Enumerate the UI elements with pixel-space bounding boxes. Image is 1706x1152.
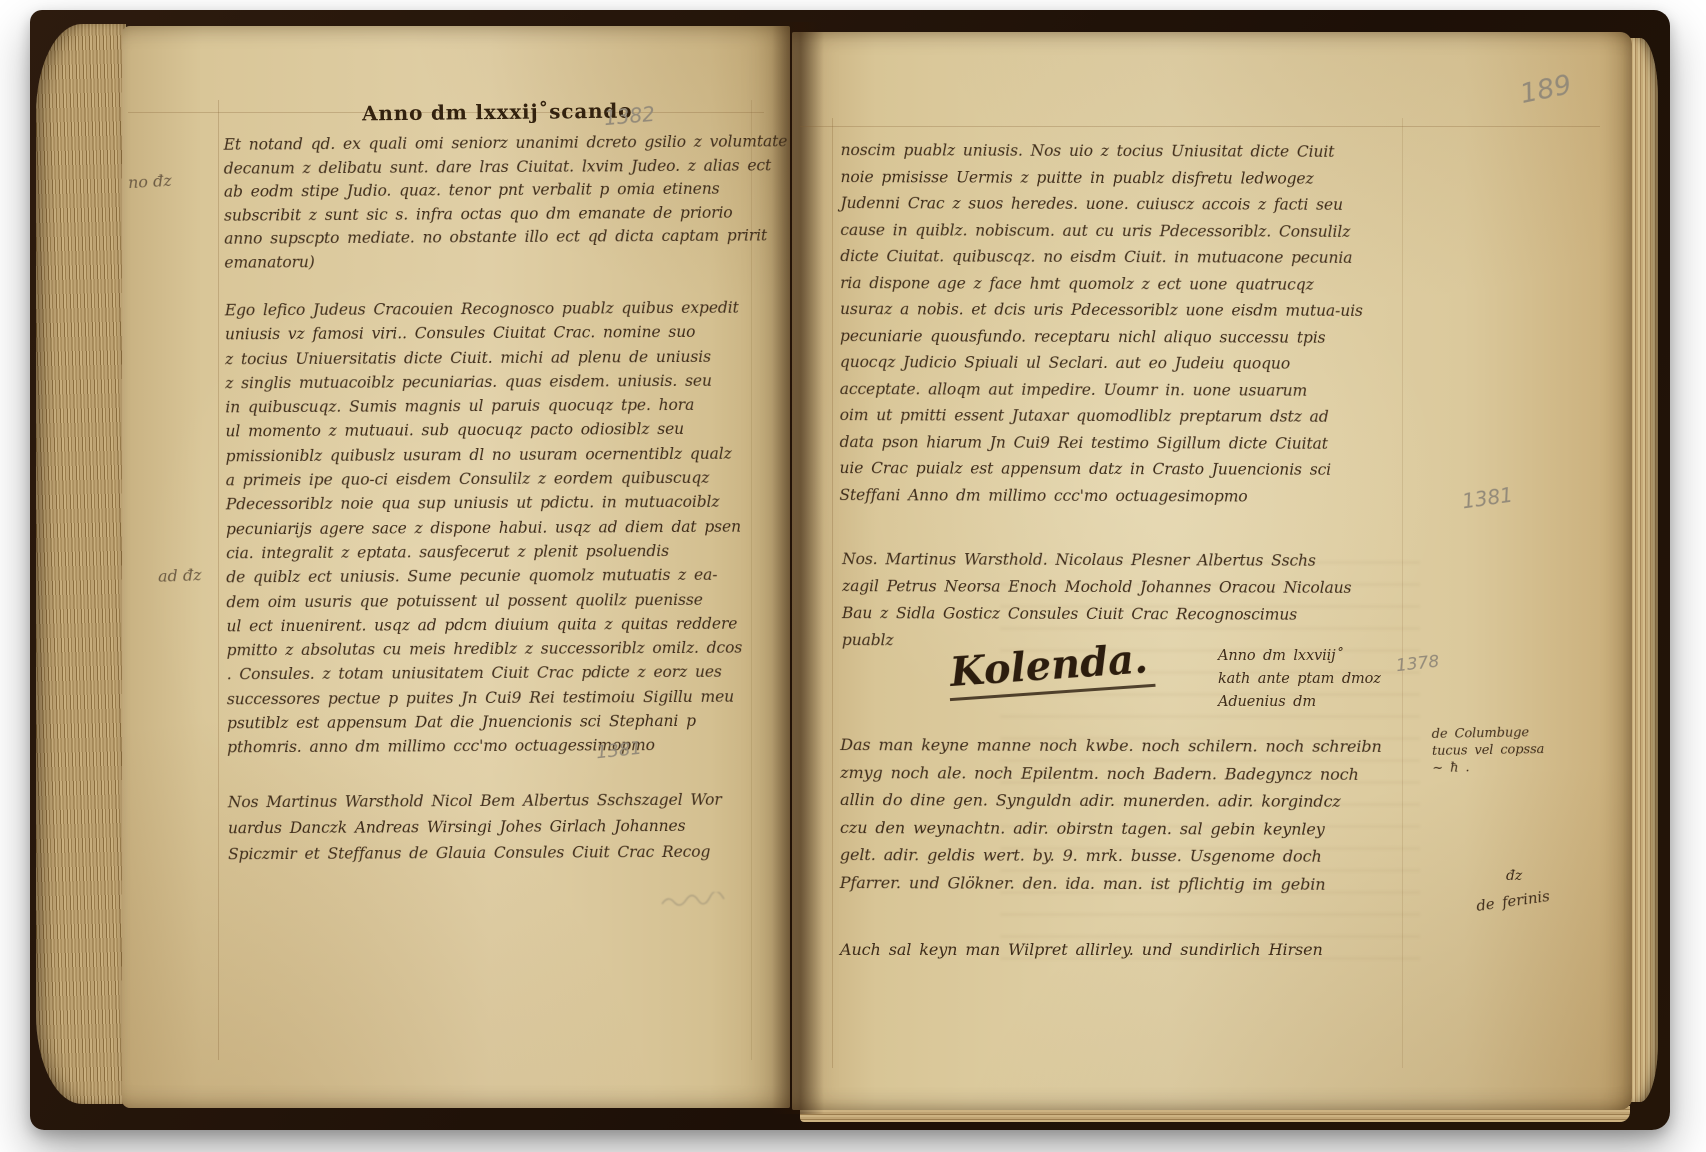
right-page-fore-edge xyxy=(1628,38,1658,1102)
manuscript-line: data pson hiarum Jn Cui9 Rei testimo Sig… xyxy=(840,433,1363,461)
manuscript-line: Aduenius dm xyxy=(1218,694,1381,717)
manuscript-line: z singlis mutuacoiblz pecuniarias. quas … xyxy=(225,372,741,399)
manuscript-line: pmitto z absolutas cu meis hrediblz z su… xyxy=(227,639,743,666)
manuscript-line: ab eodm stipe Judio. quaz. tenor pnt ver… xyxy=(224,179,788,206)
manuscript-line: cia. integralit z eptata. sausfecerut z … xyxy=(226,542,742,569)
manuscript-line: uardus Danczk Andreas Wirsingi Johes Gir… xyxy=(228,817,722,846)
manuscript-line: zagil Petrus Neorsa Enoch Mochold Johann… xyxy=(842,577,1351,606)
manuscript-line: Auch sal keyn man Wilpret allirley. und … xyxy=(840,940,1323,967)
manuscript-line: de quiblz ect uniusis. Sume pecunie quom… xyxy=(226,566,742,593)
manuscript-line: zmyg noch ale. noch Epilentm. noch Bader… xyxy=(840,763,1382,792)
manuscript-line: Anno dm lxxviij˚ xyxy=(1218,648,1381,671)
right-margin-note-mark: đz xyxy=(1506,868,1522,884)
manuscript-line: pecuniarie quousfundo. receptaru nichl a… xyxy=(840,327,1363,355)
manuscript-line: ria dispone age z face hmt quomolz z ect… xyxy=(840,274,1363,302)
manuscript-line: Pdecessoriblz noie qua sup uniusis ut pd… xyxy=(226,493,742,520)
manuscript-line: pthomris. anno dm millimo ccc'mo octuage… xyxy=(227,736,743,763)
left-page-heading: Anno dm lxxxij˚scando xyxy=(362,99,633,126)
manuscript-line: Das man keyne manne noch kwbe. noch schi… xyxy=(840,735,1382,764)
manuscript-photo: Anno dm lxxxij˚scando 1382 no đz ad đz E… xyxy=(0,0,1706,1152)
manuscript-line: subscribit z sunt sic s. infra octas quo… xyxy=(224,203,788,230)
manuscript-line: czu den weynachtn. adir. obirstn tagen. … xyxy=(840,818,1382,847)
manuscript-line: acceptate. alloqm aut impedire. Uoumr in… xyxy=(840,380,1363,408)
left-margin-note: no đz xyxy=(128,171,173,192)
manuscript-paragraph: Auch sal keyn man Wilpret allirley. und … xyxy=(840,940,1323,967)
manuscript-line: emanatoru) xyxy=(224,250,788,277)
manuscript-line: a primeis ipe quo-ci eisdem Consulilz z … xyxy=(226,469,742,496)
left-page-stack-edge xyxy=(36,24,126,1104)
manuscript-line: de Columbuge xyxy=(1432,725,1545,744)
date-block: Anno dm lxxviij˚kath ante ptam dmozAduen… xyxy=(1218,648,1381,717)
manuscript-line: quocqz Judicio Spiuali ul Seclari. aut e… xyxy=(840,353,1363,381)
manuscript-line: psutiblz est appensum Dat die Jnuencioni… xyxy=(227,712,743,739)
manuscript-paragraph: Das man keyne manne noch kwbe. noch schi… xyxy=(840,735,1382,902)
manuscript-line: usuraz a nobis. et dcis uris Pdecessorib… xyxy=(840,300,1363,328)
pencil-year-annotation: 1382 xyxy=(603,102,656,130)
manuscript-paragraph: Ego lefico Judeus Cracouien Recognosco p… xyxy=(225,299,743,763)
left-margin-note: ad đz xyxy=(158,565,202,586)
manuscript-line: Bau z Sidla Gosticz Consules Ciuit Crac … xyxy=(842,604,1351,633)
manuscript-line: pmissioniblz quibuslz usuram dl no usura… xyxy=(226,444,742,471)
manuscript-line: noie pmisisse Uermis z puitte in puablz … xyxy=(840,168,1363,196)
manuscript-line: Ego lefico Judeus Cracouien Recognosco p… xyxy=(225,299,741,326)
manuscript-paragraph: Nos Martinus Warsthold Nicol Bem Albertu… xyxy=(228,791,722,872)
manuscript-line: Judenni Crac z suos heredes. uone. cuius… xyxy=(840,194,1363,222)
manuscript-line: decanum z delibatu sunt. dare lras Ciuit… xyxy=(224,156,788,183)
right-margin-note: de Columbugetucus vel copssa~ ħ . xyxy=(1432,725,1545,778)
manuscript-line: Pfarrer. und Glökner. den. ida. man. ist… xyxy=(840,873,1382,902)
manuscript-line: successores pectue p puites Jn Cui9 Rei … xyxy=(227,687,743,714)
manuscript-line: ul momento z mutuaui. sub quocuqz pacto … xyxy=(225,420,741,447)
manuscript-line: allin do dine gen. Synguldn adir. munerd… xyxy=(840,790,1382,819)
right-page-ruling-line xyxy=(800,126,1600,127)
manuscript-line: gelt. adir. geldis wert. by. 9. mrk. bus… xyxy=(840,845,1382,874)
manuscript-line: tucus vel copssa xyxy=(1432,742,1545,761)
manuscript-line: kath ante ptam dmoz xyxy=(1218,671,1381,694)
manuscript-line: cause in quiblz. nobiscum. aut cu uris P… xyxy=(840,221,1363,249)
left-page-ruling-line xyxy=(218,100,219,1060)
manuscript-line: z tocius Uniuersitatis dicte Ciuit. mich… xyxy=(225,347,741,374)
manuscript-paragraph: Et notand qd. ex quali omi seniorz unani… xyxy=(224,132,789,277)
manuscript-line: uniusis vz famosi viri.. Consules Ciuita… xyxy=(225,323,741,350)
manuscript-line: oim ut pmitti essent Jutaxar quomodliblz… xyxy=(840,406,1363,434)
manuscript-line: Steffani Anno dm millimo ccc'mo octuages… xyxy=(839,486,1362,514)
manuscript-line: ul ect inuenirent. usqz ad pdcm diuium q… xyxy=(226,615,742,642)
manuscript-line: noscim puablz uniusis. Nos uio z tocius … xyxy=(841,141,1364,169)
manuscript-line: in quibuscuqz. Sumis magnis ul paruis qu… xyxy=(225,396,741,423)
manuscript-line: . Consules. z totam uniusitatem Ciuit Cr… xyxy=(227,663,743,690)
manuscript-line: Et notand qd. ex quali omi seniorz unani… xyxy=(224,132,788,159)
manuscript-line: dicte Ciuitat. quibuscqz. no eisdm Ciuit… xyxy=(840,247,1363,275)
manuscript-line: pecuniarijs agere sace z dispone habui. … xyxy=(226,517,742,544)
manuscript-line: Nos. Martinus Warsthold. Nicolaus Plesne… xyxy=(842,550,1351,579)
manuscript-line: anno supscpto mediate. no obstante illo … xyxy=(224,227,788,254)
manuscript-line: dem oim usuris que potuissent ul possent… xyxy=(226,590,742,617)
manuscript-line: ~ ħ . xyxy=(1432,759,1545,778)
pencil-scribble xyxy=(660,892,730,914)
right-page-ruling-line xyxy=(832,118,833,1068)
manuscript-line: Spiczmir et Steffanus de Glauia Consules… xyxy=(228,843,722,872)
manuscript-line: Nos Martinus Warsthold Nicol Bem Albertu… xyxy=(228,791,722,820)
manuscript-line: uie Crac puialz est appensum datz in Cra… xyxy=(839,459,1362,487)
manuscript-paragraph: noscim puablz uniusis. Nos uio z tocius … xyxy=(839,141,1363,514)
